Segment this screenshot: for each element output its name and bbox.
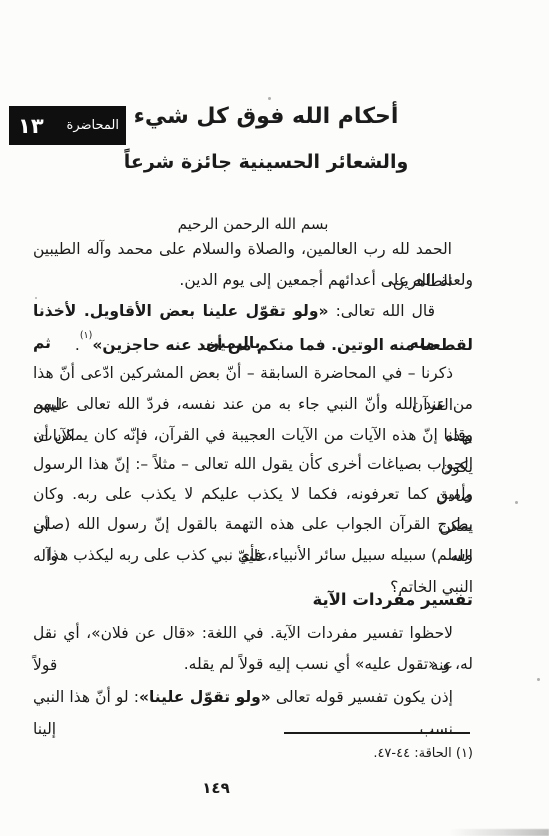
body-text: بسم الله الرحمن الرحيم الحمد لله رب العا… <box>33 0 473 836</box>
footnote-text: الحاقة: ٤٤-٤٧. <box>373 746 451 761</box>
opening-line-2: ولعنة الله على أعدائهم أجمعين إلى يوم ال… <box>33 264 473 296</box>
discussion-line-1: ذكرنا – في المحاضرة السابقة – أنّ بعض ال… <box>33 357 473 389</box>
scan-artifact-smudge <box>449 829 549 836</box>
page-number: ١٤٩ <box>194 779 238 797</box>
scan-artifact-dot <box>268 97 271 100</box>
footnote-divider <box>284 732 470 734</box>
scan-artifact-dot <box>515 501 518 504</box>
discussion-line-3: وقلنا إنّ هذه الآيات من الآيات العجيبة ف… <box>33 419 473 451</box>
discussion-line-2: من عند الله وأنّ النبي جاء به من عند نفس… <box>33 388 473 420</box>
discussion-line-5: وأمين كما تعرفونه، فكما لا يكذب عليكم لا… <box>33 478 473 510</box>
verse-intro: قال الله تعالى: <box>329 302 436 320</box>
discussion-line-7: وسلم) سبيله سبيل سائر الأنبياء، فأيّ نبي… <box>33 539 473 571</box>
footnote-marker: (١) <box>452 746 473 761</box>
verse-quote-part-2: لقطعنا منه الوتين. فما منكم من أحد عنه ح… <box>92 336 473 354</box>
interpretation-line-1: إذن يكون تفسير قوله تعالى «ولو تقوّل علي… <box>33 681 473 713</box>
definitions-line-2: له، و «تقول عليه» أي نسب إليه قولاً لم ي… <box>33 648 473 680</box>
interpretation-quote: «ولو تقوّل علينا» <box>139 688 271 706</box>
discussion-line-4: الجواب بصياغات أخرى كأن يقول الله تعالى … <box>33 448 473 480</box>
verse-line-2: لقطعنا منه الوتين. فما منكم من أحد عنه ح… <box>33 326 473 358</box>
section-heading: تفسير مفردات الآية <box>33 584 473 616</box>
scan-artifact-dot <box>35 297 37 299</box>
footnote: (١) الحاقة: ٤٤-٤٧. <box>33 743 473 765</box>
definitions-line-1: لاحظوا تفسير مفردات الآية. في اللغة: «قا… <box>33 617 473 649</box>
interpretation-intro: إذن يكون تفسير قوله تعالى <box>271 688 453 706</box>
verse-footnote-marker: (١) <box>80 330 93 341</box>
scan-artifact-dot <box>537 678 540 681</box>
verse-line-1: قال الله تعالى: «ولو تقوّل علينا بعض الأ… <box>33 295 473 327</box>
discussion-line-6: يطرح القرآن الجواب على هذه التهمة بالقول… <box>33 508 473 540</box>
book-page: المحاضرة ١٣ أحكام الله فوق كل شيء والشعا… <box>0 0 549 836</box>
opening-line-1: الحمد لله رب العالمين، والصلاة والسلام ع… <box>33 233 473 265</box>
